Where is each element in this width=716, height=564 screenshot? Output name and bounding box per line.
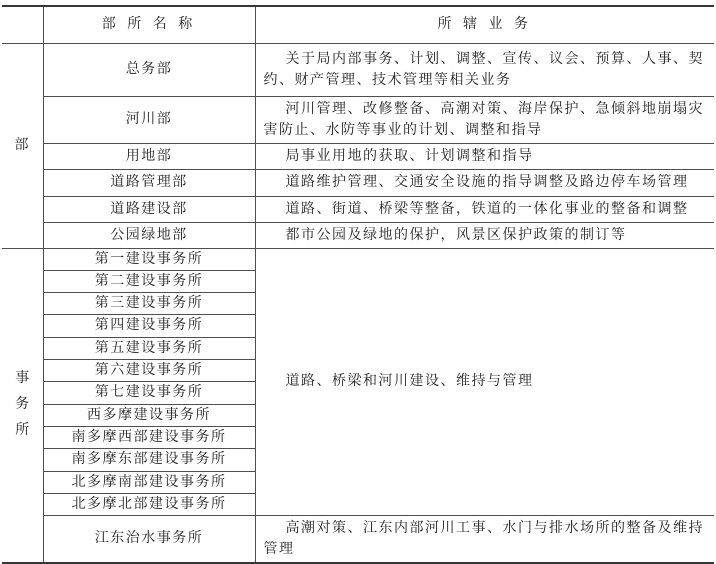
table-row: 用地部 局事业用地的获取、计划调整和指导 <box>2 143 714 169</box>
office-name: 南多摩东部建设事务所 <box>43 448 255 471</box>
office-name: 江东治水事务所 <box>43 515 255 563</box>
office-name: 第三建设事务所 <box>43 292 255 314</box>
table-row: 事务所 第一建设事务所 道路、桥梁和河川建设、维持与管理 <box>2 248 714 270</box>
department-name: 公园绿地部 <box>43 222 255 248</box>
table-row: 部 总务部 关于局内部事务、计划、调整、宣传、议会、预算、人事、契约、财产管理、… <box>2 43 714 96</box>
office-name: 第五建设事务所 <box>43 337 255 359</box>
group-label-text: 事务所 <box>14 366 30 444</box>
table-row: 道路建设部 道路、街道、桥梁等整备，铁道的一体化事业的整备和调整 <box>2 196 714 222</box>
business-scope: 高潮对策、江东内部河川工事、水门与排水场所的整备及维持管理 <box>255 515 714 563</box>
table-row: 公园绿地部 都市公园及绿地的保护，风景区保护政策的制订等 <box>2 222 714 248</box>
office-name: 第七建设事务所 <box>43 381 255 404</box>
department-name: 道路建设部 <box>43 196 255 222</box>
header-empty-cell <box>2 6 43 43</box>
business-scope: 关于局内部事务、计划、调整、宣传、议会、预算、人事、契约、财产管理、技术管理等相… <box>255 43 714 96</box>
header-department-name: 部 所 名 称 <box>43 6 255 43</box>
table-header-row: 部 所 名 称 所 辖 业 务 <box>2 6 714 43</box>
scanned-page: 部 所 名 称 所 辖 业 务 部 总务部 关于局内部事务、计划、调整、宣传、议… <box>2 0 714 564</box>
office-name: 北多摩北部建设事务所 <box>43 493 255 515</box>
department-name: 总务部 <box>43 43 255 96</box>
department-business-table: 部 所 名 称 所 辖 业 务 部 总务部 关于局内部事务、计划、调整、宣传、议… <box>2 5 714 564</box>
business-scope: 河川管理、改修整备、高潮对策、海岸保护、急倾斜地崩塌灾害防止、水防等事业的计划、… <box>255 96 714 143</box>
department-name: 河川部 <box>43 96 255 143</box>
business-scope: 局事业用地的获取、计划调整和指导 <box>255 143 714 169</box>
department-name: 道路管理部 <box>43 169 255 196</box>
header-business-scope: 所 辖 业 务 <box>255 6 714 43</box>
business-scope: 道路、街道、桥梁等整备，铁道的一体化事业的整备和调整 <box>255 196 714 222</box>
business-scope: 道路维护管理、交通安全设施的指导调整及路边停车场管理 <box>255 169 714 196</box>
office-name: 西多摩建设事务所 <box>43 404 255 426</box>
table-row: 河川部 河川管理、改修整备、高潮对策、海岸保护、急倾斜地崩塌灾害防止、水防等事业… <box>2 96 714 143</box>
table-row: 道路管理部 道路维护管理、交通安全设施的指导调整及路边停车场管理 <box>2 169 714 196</box>
office-name: 第一建设事务所 <box>43 248 255 270</box>
office-name: 第二建设事务所 <box>43 270 255 292</box>
table-row: 江东治水事务所 高潮对策、江东内部河川工事、水门与排水场所的整备及维持管理 <box>2 515 714 563</box>
group-label-bu: 部 <box>2 43 43 248</box>
business-scope-merged: 道路、桥梁和河川建设、维持与管理 <box>255 248 714 515</box>
office-name: 北多摩南部建设事务所 <box>43 471 255 493</box>
office-name: 南多摩西部建设事务所 <box>43 426 255 448</box>
business-scope: 都市公园及绿地的保护，风景区保护政策的制订等 <box>255 222 714 248</box>
office-name: 第四建设事务所 <box>43 314 255 337</box>
group-label-jiwusuo: 事务所 <box>2 248 43 563</box>
department-name: 用地部 <box>43 143 255 169</box>
office-name: 第六建设事务所 <box>43 359 255 381</box>
